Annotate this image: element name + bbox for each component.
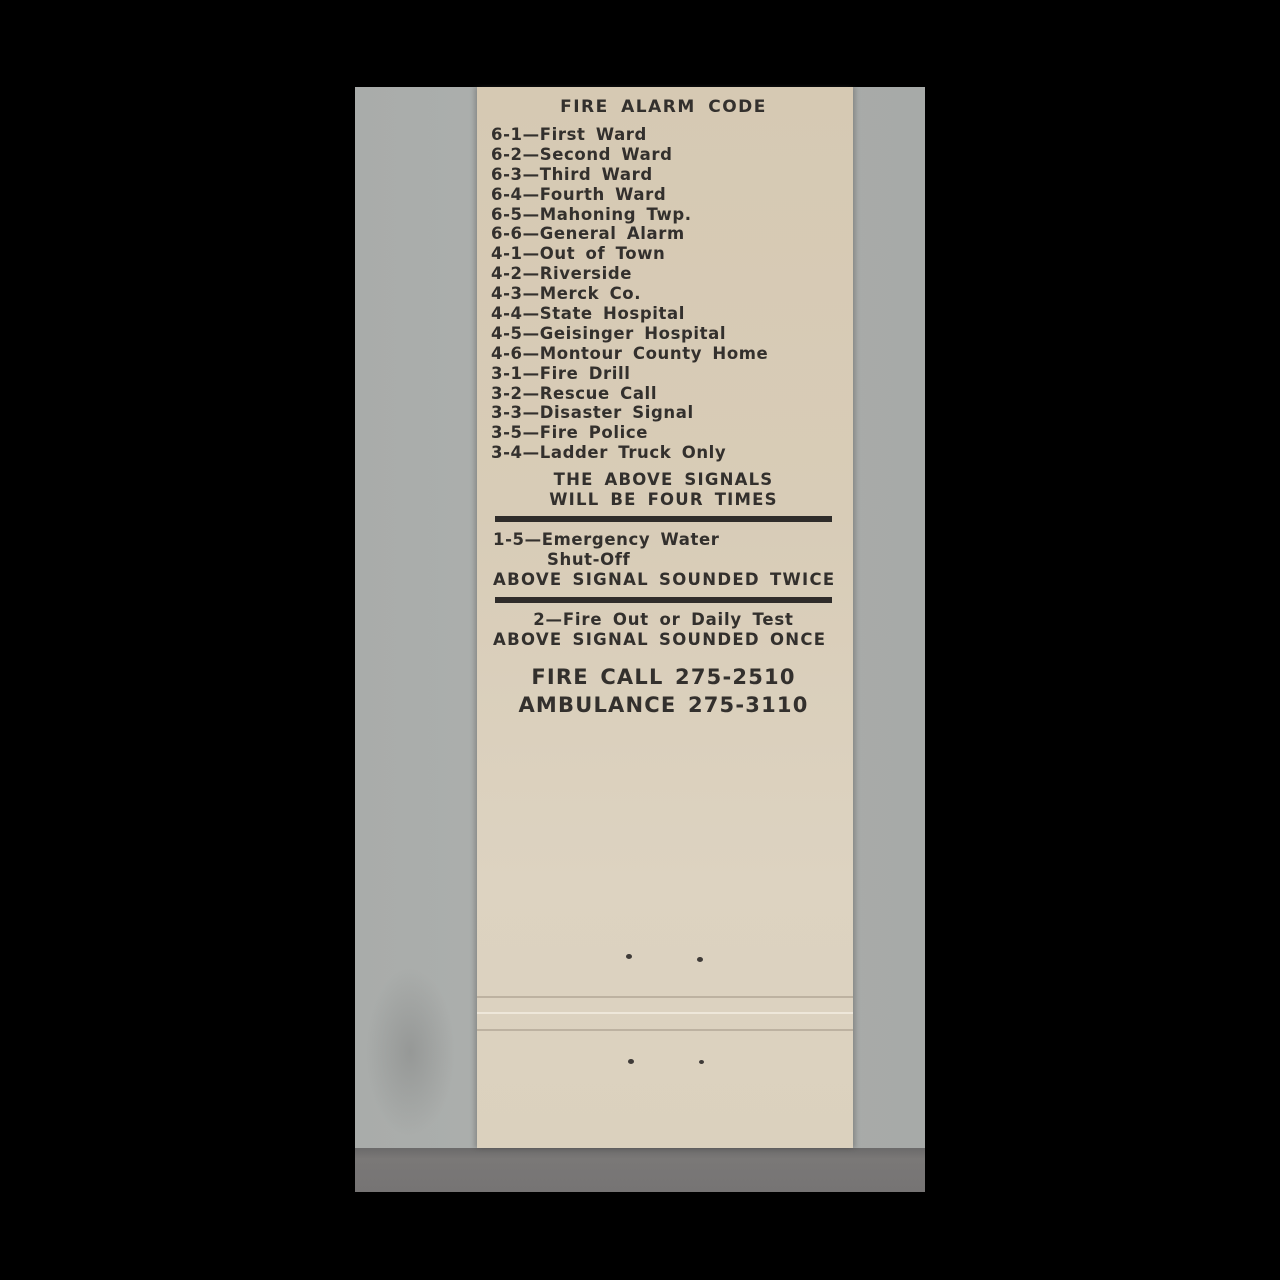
alarm-code-location: Riverside <box>540 264 632 283</box>
alarm-code-item: 3-4—Ladder Truck Only <box>491 443 768 463</box>
emergency-water-line-1: 1-5—Emergency Water <box>493 530 720 549</box>
alarm-code-item: 4-6—Montour County Home <box>491 344 768 364</box>
alarm-code-number: 4-5 <box>491 324 523 343</box>
fire-out-code: 2—Fire Out or Daily Test <box>491 610 836 630</box>
alarm-code-list: 6-1—First Ward6-2—Second Ward6-3—Third W… <box>491 125 768 463</box>
staple-hole <box>628 1059 634 1064</box>
smudge-mark <box>365 967 455 1137</box>
alarm-code-number: 3-4 <box>491 443 523 462</box>
alarm-code-location: Ladder Truck Only <box>540 443 727 462</box>
alarm-code-location: State Hospital <box>540 304 685 323</box>
code-separator: — <box>523 364 540 383</box>
alarm-code-number: 6-4 <box>491 185 523 204</box>
alarm-code-location: Fire Police <box>540 423 648 442</box>
alarm-code-location: Third Ward <box>540 165 653 184</box>
alarm-code-location: Out of Town <box>540 244 666 263</box>
sounded-once-note: ABOVE SIGNAL SOUNDED ONCE <box>493 630 838 650</box>
fire-alarm-code-title: FIRE ALARM CODE <box>491 97 836 117</box>
alarm-code-number: 6-2 <box>491 145 523 164</box>
code-separator: — <box>523 324 540 343</box>
four-times-note-line-2: WILL BE FOUR TIMES <box>491 490 836 510</box>
divider-rule <box>495 516 832 522</box>
code-separator: — <box>523 403 540 422</box>
code-separator: — <box>523 344 540 363</box>
alarm-code-location: Montour County Home <box>540 344 769 363</box>
four-times-note-line-1: THE ABOVE SIGNALS <box>491 470 836 490</box>
code-separator: — <box>523 443 540 462</box>
emergency-phone-numbers: FIRE CALL 275-2510 AMBULANCE 275-3110 <box>491 663 836 719</box>
alarm-code-item: 4-4—State Hospital <box>491 304 768 324</box>
code-separator: — <box>523 244 540 263</box>
code-separator: — <box>523 205 540 224</box>
code-separator: — <box>523 264 540 283</box>
alarm-code-item: 6-4—Fourth Ward <box>491 185 768 205</box>
alarm-code-number: 4-3 <box>491 284 523 303</box>
code-separator: — <box>523 284 540 303</box>
alarm-code-location: Merck Co. <box>540 284 641 303</box>
alarm-code-number: 3-3 <box>491 403 523 422</box>
four-times-note: THE ABOVE SIGNALS WILL BE FOUR TIMES <box>491 470 836 510</box>
alarm-code-location: Fire Drill <box>540 364 631 383</box>
alarm-code-number: 3-1 <box>491 364 523 383</box>
alarm-code-item: 6-5—Mahoning Twp. <box>491 205 768 225</box>
alarm-code-item: 6-1—First Ward <box>491 125 768 145</box>
staple-hole <box>699 1060 704 1064</box>
code-separator: — <box>523 125 540 144</box>
fold-crease <box>477 1029 853 1031</box>
alarm-code-number: 4-2 <box>491 264 523 283</box>
alarm-code-location: Fourth Ward <box>540 185 667 204</box>
code-separator: — <box>523 304 540 323</box>
alarm-code-number: 6-1 <box>491 125 523 144</box>
alarm-code-number: 3-5 <box>491 423 523 442</box>
staple-hole <box>697 957 703 962</box>
code-separator: — <box>523 165 540 184</box>
alarm-code-item: 4-1—Out of Town <box>491 244 768 264</box>
alarm-code-item: 6-6—General Alarm <box>491 224 768 244</box>
alarm-code-number: 4-1 <box>491 244 523 263</box>
matchbook-cover: FIRE ALARM CODE 6-1—First Ward6-2—Second… <box>477 87 853 1148</box>
alarm-code-location: General Alarm <box>540 224 685 243</box>
emergency-water-line-2: Shut-Off <box>493 550 720 570</box>
code-separator: — <box>523 384 540 403</box>
alarm-code-item: 6-3—Third Ward <box>491 165 768 185</box>
alarm-code-number: 4-4 <box>491 304 523 323</box>
alarm-code-location: Rescue Call <box>540 384 657 403</box>
sounded-twice-note: ABOVE SIGNAL SOUNDED TWICE <box>493 570 838 590</box>
alarm-code-item: 4-5—Geisinger Hospital <box>491 324 768 344</box>
alarm-code-item: 3-1—Fire Drill <box>491 364 768 384</box>
alarm-code-location: First Ward <box>540 125 647 144</box>
code-separator: — <box>523 423 540 442</box>
fold-crease <box>477 1012 853 1014</box>
divider-rule <box>495 597 832 603</box>
code-separator: — <box>523 185 540 204</box>
alarm-code-number: 3-2 <box>491 384 523 403</box>
ambulance-number: AMBULANCE 275-3110 <box>491 691 836 719</box>
alarm-code-number: 6-3 <box>491 165 523 184</box>
alarm-code-number: 4-6 <box>491 344 523 363</box>
alarm-code-number: 6-6 <box>491 224 523 243</box>
alarm-code-item: 3-5—Fire Police <box>491 423 768 443</box>
code-separator: — <box>523 145 540 164</box>
alarm-code-item: 3-2—Rescue Call <box>491 384 768 404</box>
alarm-code-item: 3-3—Disaster Signal <box>491 403 768 423</box>
alarm-code-location: Geisinger Hospital <box>540 324 726 343</box>
staple-hole <box>626 954 632 959</box>
emergency-water-code: 1-5—Emergency Water Shut-Off <box>493 530 720 570</box>
alarm-code-location: Disaster Signal <box>540 403 694 422</box>
matchbook-striker-edge <box>355 1148 925 1192</box>
alarm-code-location: Second Ward <box>540 145 673 164</box>
alarm-code-item: 6-2—Second Ward <box>491 145 768 165</box>
code-separator: — <box>523 224 540 243</box>
alarm-code-number: 6-5 <box>491 205 523 224</box>
alarm-code-item: 4-3—Merck Co. <box>491 284 768 304</box>
alarm-code-location: Mahoning Twp. <box>540 205 692 224</box>
fire-call-number: FIRE CALL 275-2510 <box>491 663 836 691</box>
alarm-code-item: 4-2—Riverside <box>491 264 768 284</box>
fold-crease <box>477 996 853 998</box>
